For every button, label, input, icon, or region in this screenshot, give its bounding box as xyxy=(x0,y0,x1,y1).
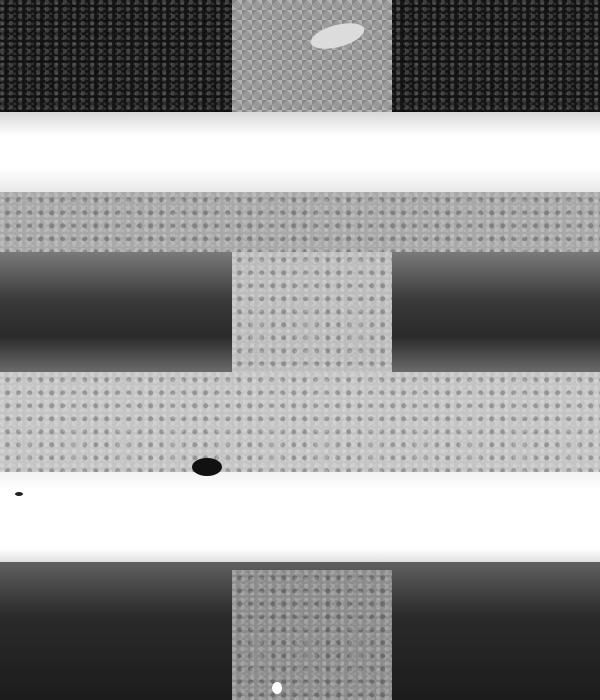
upper-bright-stripe xyxy=(0,112,600,192)
textured-column-middle xyxy=(232,252,392,372)
textured-column-top xyxy=(232,0,392,112)
dark-pit xyxy=(192,458,222,476)
lower-bright-stripe xyxy=(0,472,600,562)
micrograph-scene xyxy=(0,0,600,700)
lower-gray-band xyxy=(0,372,600,472)
dark-streak xyxy=(15,492,23,496)
bright-particle xyxy=(272,682,282,694)
textured-column-bottom xyxy=(232,570,392,700)
upper-gray-band xyxy=(0,192,600,252)
